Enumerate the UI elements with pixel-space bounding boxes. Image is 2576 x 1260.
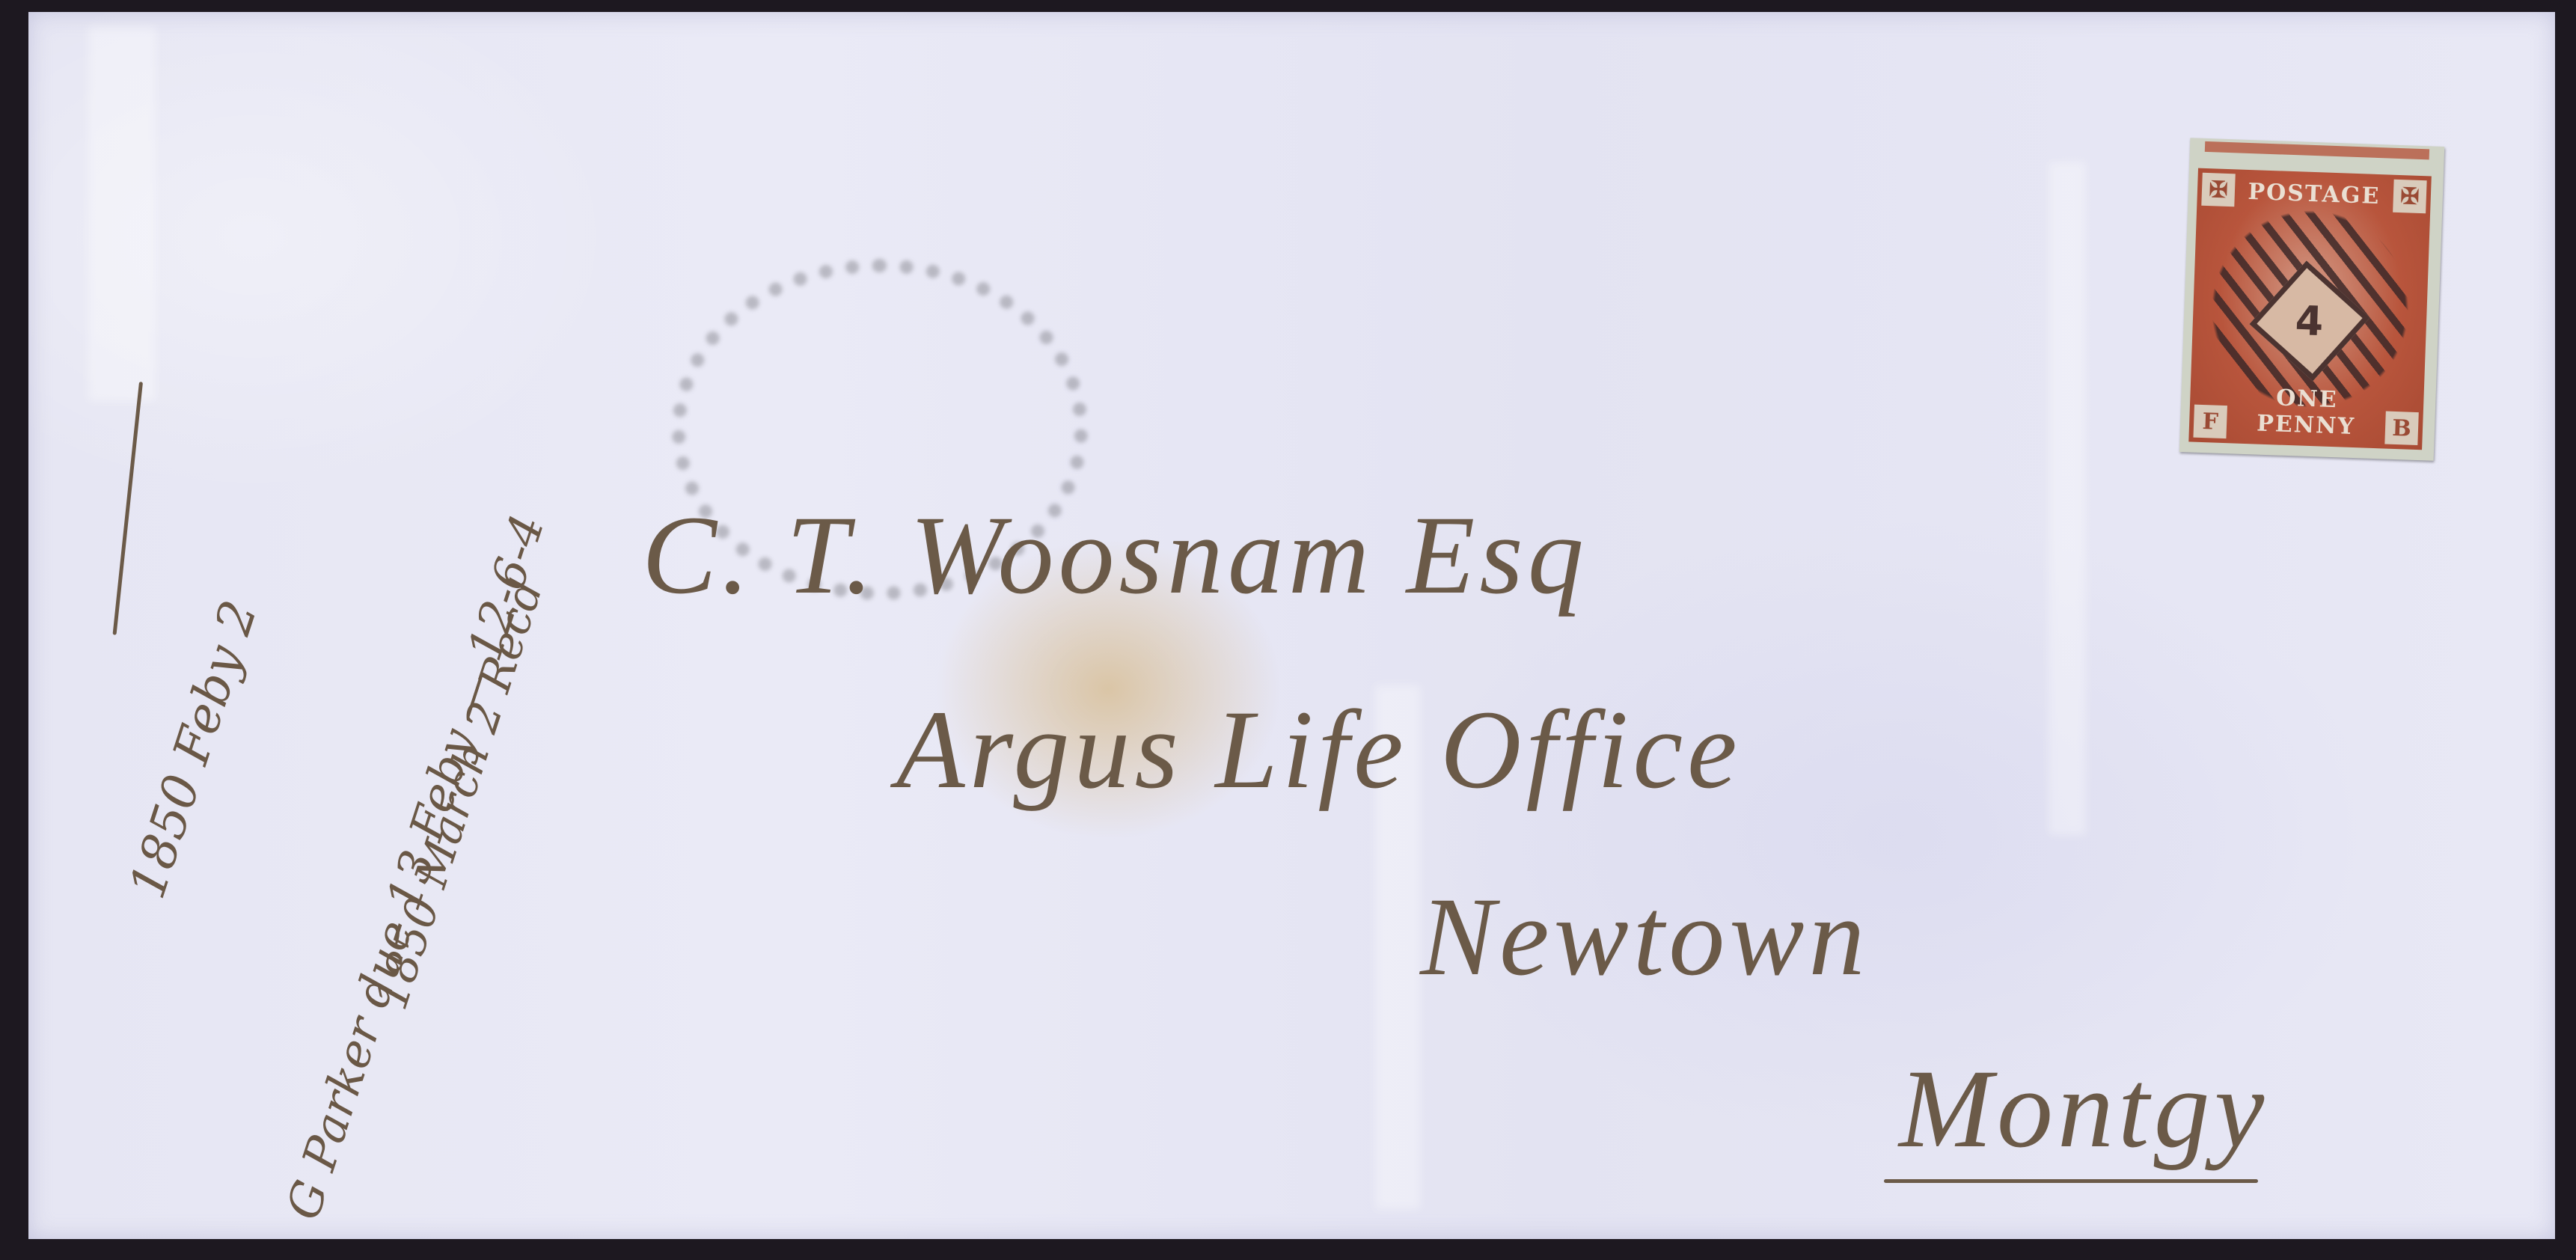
- cancel-numeral: 4: [2295, 297, 2325, 345]
- stamp-design: POSTAGE ✠ ✠ 4 F ONE PENNY B: [2188, 168, 2432, 450]
- stamp-corner-letter-right: B: [2384, 412, 2419, 446]
- stamp-value-label: ONE PENNY: [2227, 383, 2387, 441]
- address-underline: [1884, 1179, 2258, 1183]
- star-ornament-icon: ✠: [2201, 173, 2236, 207]
- address-line-2: Argus Life Office: [896, 685, 1742, 814]
- address-line-3: Newtown: [1420, 872, 1869, 1001]
- address-line-4: Montgy: [1899, 1045, 2268, 1173]
- stamp-corner-letter-left: F: [2193, 405, 2227, 439]
- postage-stamp: POSTAGE ✠ ✠ 4 F ONE PENNY B: [2179, 138, 2444, 461]
- docket-underline: [113, 382, 144, 635]
- envelope: 1850 Feby 2 G Parker due 13 Feby — 12-6-…: [28, 12, 2555, 1239]
- paper-crease: [2049, 162, 2086, 835]
- docket-line-3: 1850 March 2 Recd: [365, 573, 554, 1015]
- star-ornament-icon: ✠: [2393, 180, 2427, 214]
- paper-crease: [88, 27, 156, 401]
- address-line-1: C. T. Woosnam Esq: [642, 491, 1588, 620]
- docket-line-1: 1850 Feby 2: [118, 593, 269, 905]
